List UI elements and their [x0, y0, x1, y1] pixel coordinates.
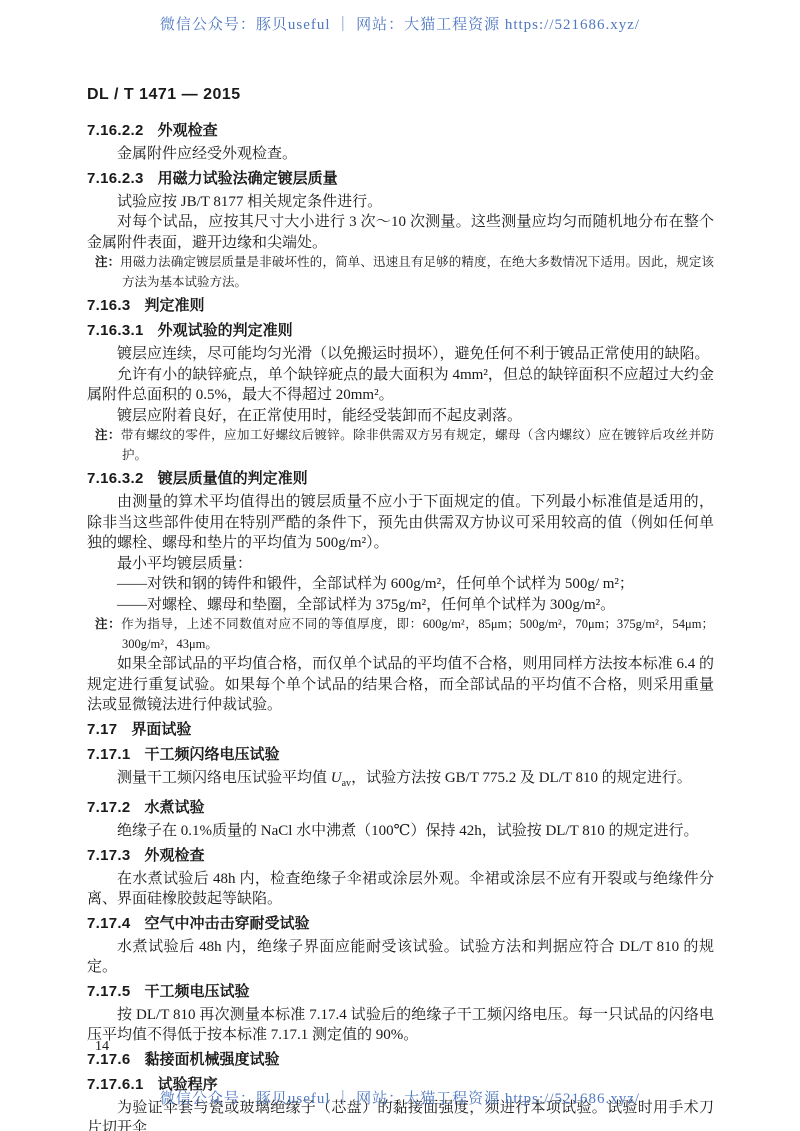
paragraph: 按 DL/T 810 再次测量本标准 7.17.4 试验后的绝缘子干工频闪络电压…	[87, 1005, 714, 1046]
paragraph: 试验应按 JB/T 8177 相关规定条件进行。	[87, 192, 714, 213]
section-number: 7.16.3	[87, 297, 131, 314]
section-heading-7-16-3-2: 7.16.3.2镀层质量值的判定准则	[87, 468, 714, 490]
note: 注：用磁力法确定镀层质量是非破坏性的，简单、迅速且有足够的精度，在绝大多数情况下…	[95, 253, 714, 292]
paragraph: 允许有小的缺锌疵点，单个缺锌疵点的最大面积为 4mm²，但总的缺锌面积不应超过大…	[87, 365, 714, 406]
section-title: 空气中冲击击穿耐受试验	[145, 915, 310, 932]
section-title: 外观试验的判定准则	[158, 322, 293, 339]
section-title: 界面试验	[131, 721, 191, 738]
paragraph: 如果全部试品的平均值合格，而仅单个试品的平均值不合格，则用同样方法按本标准 6.…	[87, 654, 714, 716]
paragraph: 绝缘子在 0.1%质量的 NaCl 水中沸煮（100℃）保持 42h，试验按 D…	[87, 821, 714, 842]
document-page: 微信公众号：豚贝useful ｜ 网站：大猫工程资源 https://52168…	[0, 0, 800, 1131]
paragraph-with-formula: 测量干工频闪络电压试验平均值 Uav，试验方法按 GB/T 775.2 及 DL…	[87, 768, 714, 795]
section-heading-7-17-6: 7.17.6黏接面机械强度试验	[87, 1049, 714, 1071]
section-title: 干工频闪络电压试验	[145, 746, 280, 763]
paragraph: 对每个试品，应按其尺寸大小进行 3 次～10 次测量。这些测量应均匀而随机地分布…	[87, 212, 714, 253]
header-watermark-link[interactable]: 微信公众号：豚贝useful ｜ 网站：大猫工程资源 https://52168…	[0, 13, 800, 34]
section-heading-7-17-3: 7.17.3外观检查	[87, 845, 714, 867]
section-number: 7.17.5	[87, 983, 131, 1000]
section-number: 7.16.2.3	[87, 170, 144, 187]
section-title: 镀层质量值的判定准则	[158, 470, 308, 487]
formula-post-text: ，试验方法按 GB/T 775.2 及 DL/T 810 的规定进行。	[351, 770, 692, 786]
section-title: 水煮试验	[145, 799, 205, 816]
section-heading-7-16-3-1: 7.16.3.1外观试验的判定准则	[87, 320, 714, 342]
dash-list-item: ——对铁和钢的铸件和锻件，全部试样为 600g/m²，任何单个试样为 500g/…	[87, 574, 714, 595]
paragraph: 镀层应连续，尽可能均匀光滑（以免搬运时损坏），避免任何不利于镀品正常使用的缺陷。	[87, 344, 714, 365]
note: 注：带有螺纹的零件，应加工好螺纹后镀锌。除非供需双方另有规定，螺母（含内螺纹）应…	[95, 426, 714, 465]
section-title: 干工频电压试验	[145, 983, 250, 1000]
section-number: 7.16.2.2	[87, 122, 144, 139]
section-heading-7-16-2-3: 7.16.2.3用磁力试验法确定镀层质量	[87, 168, 714, 190]
paragraph: 镀层应附着良好，在正常使用时，能经受装卸而不起皮剥落。	[87, 406, 714, 427]
voltage-symbol: U	[331, 770, 342, 786]
section-title: 黏接面机械强度试验	[145, 1051, 280, 1068]
note-label: 注：	[95, 428, 121, 442]
section-heading-7-17-1: 7.17.1干工频闪络电压试验	[87, 744, 714, 766]
note: 注：作为指导，上述不同数值对应不同的等值厚度，即：600g/m²，85μm；50…	[95, 615, 714, 654]
section-heading-7-17: 7.17界面试验	[87, 719, 714, 741]
note-text: 带有螺纹的零件，应加工好螺纹后镀锌。除非供需双方另有规定，螺母（含内螺纹）应在镀…	[121, 428, 714, 462]
section-number: 7.17.3	[87, 847, 131, 864]
section-title: 判定准则	[145, 297, 205, 314]
section-heading-7-16-2-2: 7.16.2.2外观检查	[87, 120, 714, 142]
section-heading-7-16-3: 7.16.3判定准则	[87, 295, 714, 317]
section-number: 7.17	[87, 721, 117, 738]
paragraph: 水煮试验后 48h 内，绝缘子界面应能耐受该试验。试验方法和判据应符合 DL/T…	[87, 937, 714, 978]
standard-number: DL / T 1471 — 2015	[87, 86, 714, 104]
section-title: 外观检查	[145, 847, 205, 864]
section-title: 外观检查	[158, 122, 218, 139]
footer-watermark-link[interactable]: 微信公众号：豚贝useful ｜ 网站：大猫工程资源 https://52168…	[0, 1087, 800, 1108]
formula-pre-text: 测量干工频闪络电压试验平均值	[117, 770, 331, 786]
paragraph: 在水煮试验后 48h 内，检查绝缘子伞裙或涂层外观。伞裙或涂层不应有开裂或与绝缘…	[87, 869, 714, 910]
section-number: 7.16.3.2	[87, 470, 144, 487]
dash-list-item: ——对螺栓、螺母和垫圈，全部试样为 375g/m²，任何单个试样为 300g/m…	[87, 595, 714, 616]
section-heading-7-17-2: 7.17.2水煮试验	[87, 797, 714, 819]
section-heading-7-17-5: 7.17.5干工频电压试验	[87, 981, 714, 1003]
note-text: 作为指导，上述不同数值对应不同的等值厚度，即：600g/m²，85μm；500g…	[121, 617, 714, 651]
paragraph: 由测量的算术平均值得出的镀层质量不应小于下面规定的值。下列最小标准值是适用的，除…	[87, 492, 714, 554]
note-label: 注：	[95, 255, 120, 269]
section-heading-7-17-4: 7.17.4空气中冲击击穿耐受试验	[87, 913, 714, 935]
section-number: 7.17.4	[87, 915, 131, 932]
section-number: 7.16.3.1	[87, 322, 144, 339]
note-label: 注：	[95, 617, 121, 631]
section-number: 7.17.1	[87, 746, 131, 763]
paragraph: 最小平均镀层质量：	[87, 554, 714, 575]
document-content: DL / T 1471 — 2015 7.16.2.2外观检查 金属附件应经受外…	[87, 86, 714, 1131]
section-title: 用磁力试验法确定镀层质量	[158, 170, 338, 187]
section-number: 7.17.2	[87, 799, 131, 816]
page-number: 14	[95, 1039, 109, 1055]
note-text: 用磁力法确定镀层质量是非破坏性的，简单、迅速且有足够的精度，在绝大多数情况下适用…	[120, 255, 714, 289]
voltage-subscript: av	[342, 778, 351, 789]
paragraph: 金属附件应经受外观检查。	[87, 144, 714, 165]
